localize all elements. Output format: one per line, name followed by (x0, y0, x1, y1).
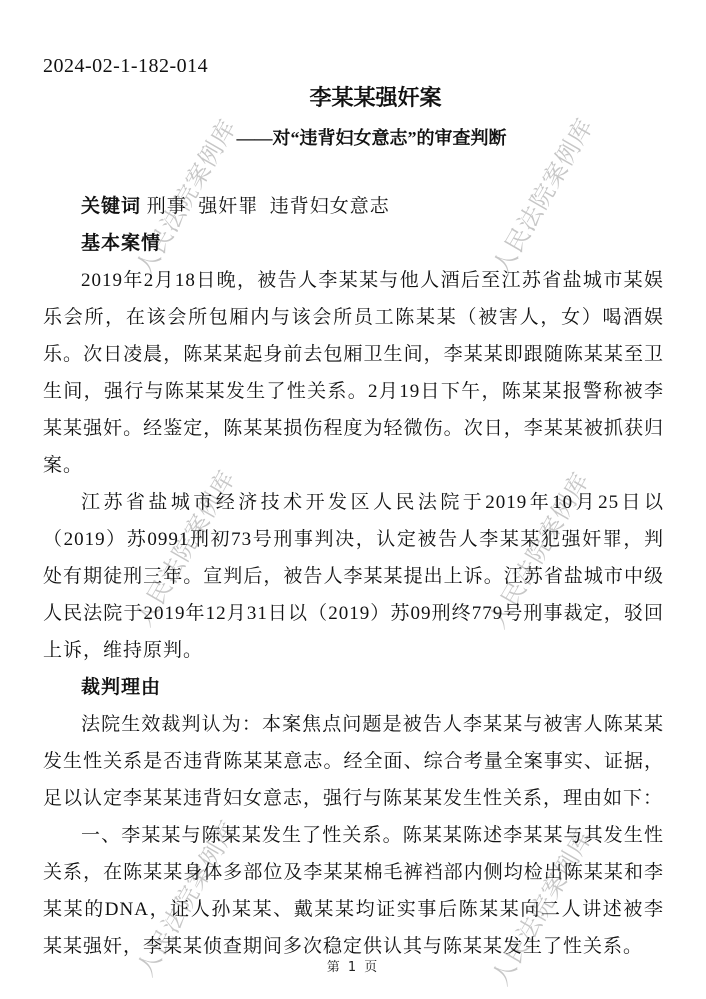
document-page: 人民法院案例库 人民法院案例库 人民法院案例库 人民法院案例库 人民法院案例库 … (0, 0, 706, 999)
paragraph-facts-2: 江苏省盐城市经济技术开发区人民法院于2019年10月25日以（2019）苏099… (43, 484, 664, 669)
paragraph-reasons-2: 一、李某某与陈某某发生了性关系。陈某某陈述李某某与其发生性关系，在陈某某身体多部… (43, 817, 664, 965)
keywords-text: 刑事 强奸罪 违背妇女意志 (141, 196, 390, 217)
case-number: 2024-02-1-182-014 (43, 53, 208, 79)
document-body: 关键词 刑事 强奸罪 违背妇女意志 基本案情 2019年2月18日晚，被告人李某… (43, 188, 664, 965)
paragraph-facts-1: 2019年2月18日晚，被告人李某某与他人酒后至江苏省盐城市某娱乐会所，在该会所… (43, 262, 664, 484)
page-footer: 第 1 页 (0, 956, 706, 975)
keywords-line: 关键词 刑事 强奸罪 违背妇女意志 (43, 188, 664, 225)
section-heading-basic-facts: 基本案情 (43, 225, 664, 262)
case-subtitle: ——对“违背妇女意志”的审查判断 (43, 126, 664, 150)
section-heading-judgment-reasons: 裁判理由 (43, 669, 664, 706)
case-title: 李某某强奸案 (43, 84, 664, 112)
paragraph-reasons-1: 法院生效裁判认为：本案焦点问题是被告人李某某与被害人陈某某发生性关系是否违背陈某… (43, 706, 664, 817)
keywords-label: 关键词 (81, 195, 141, 217)
